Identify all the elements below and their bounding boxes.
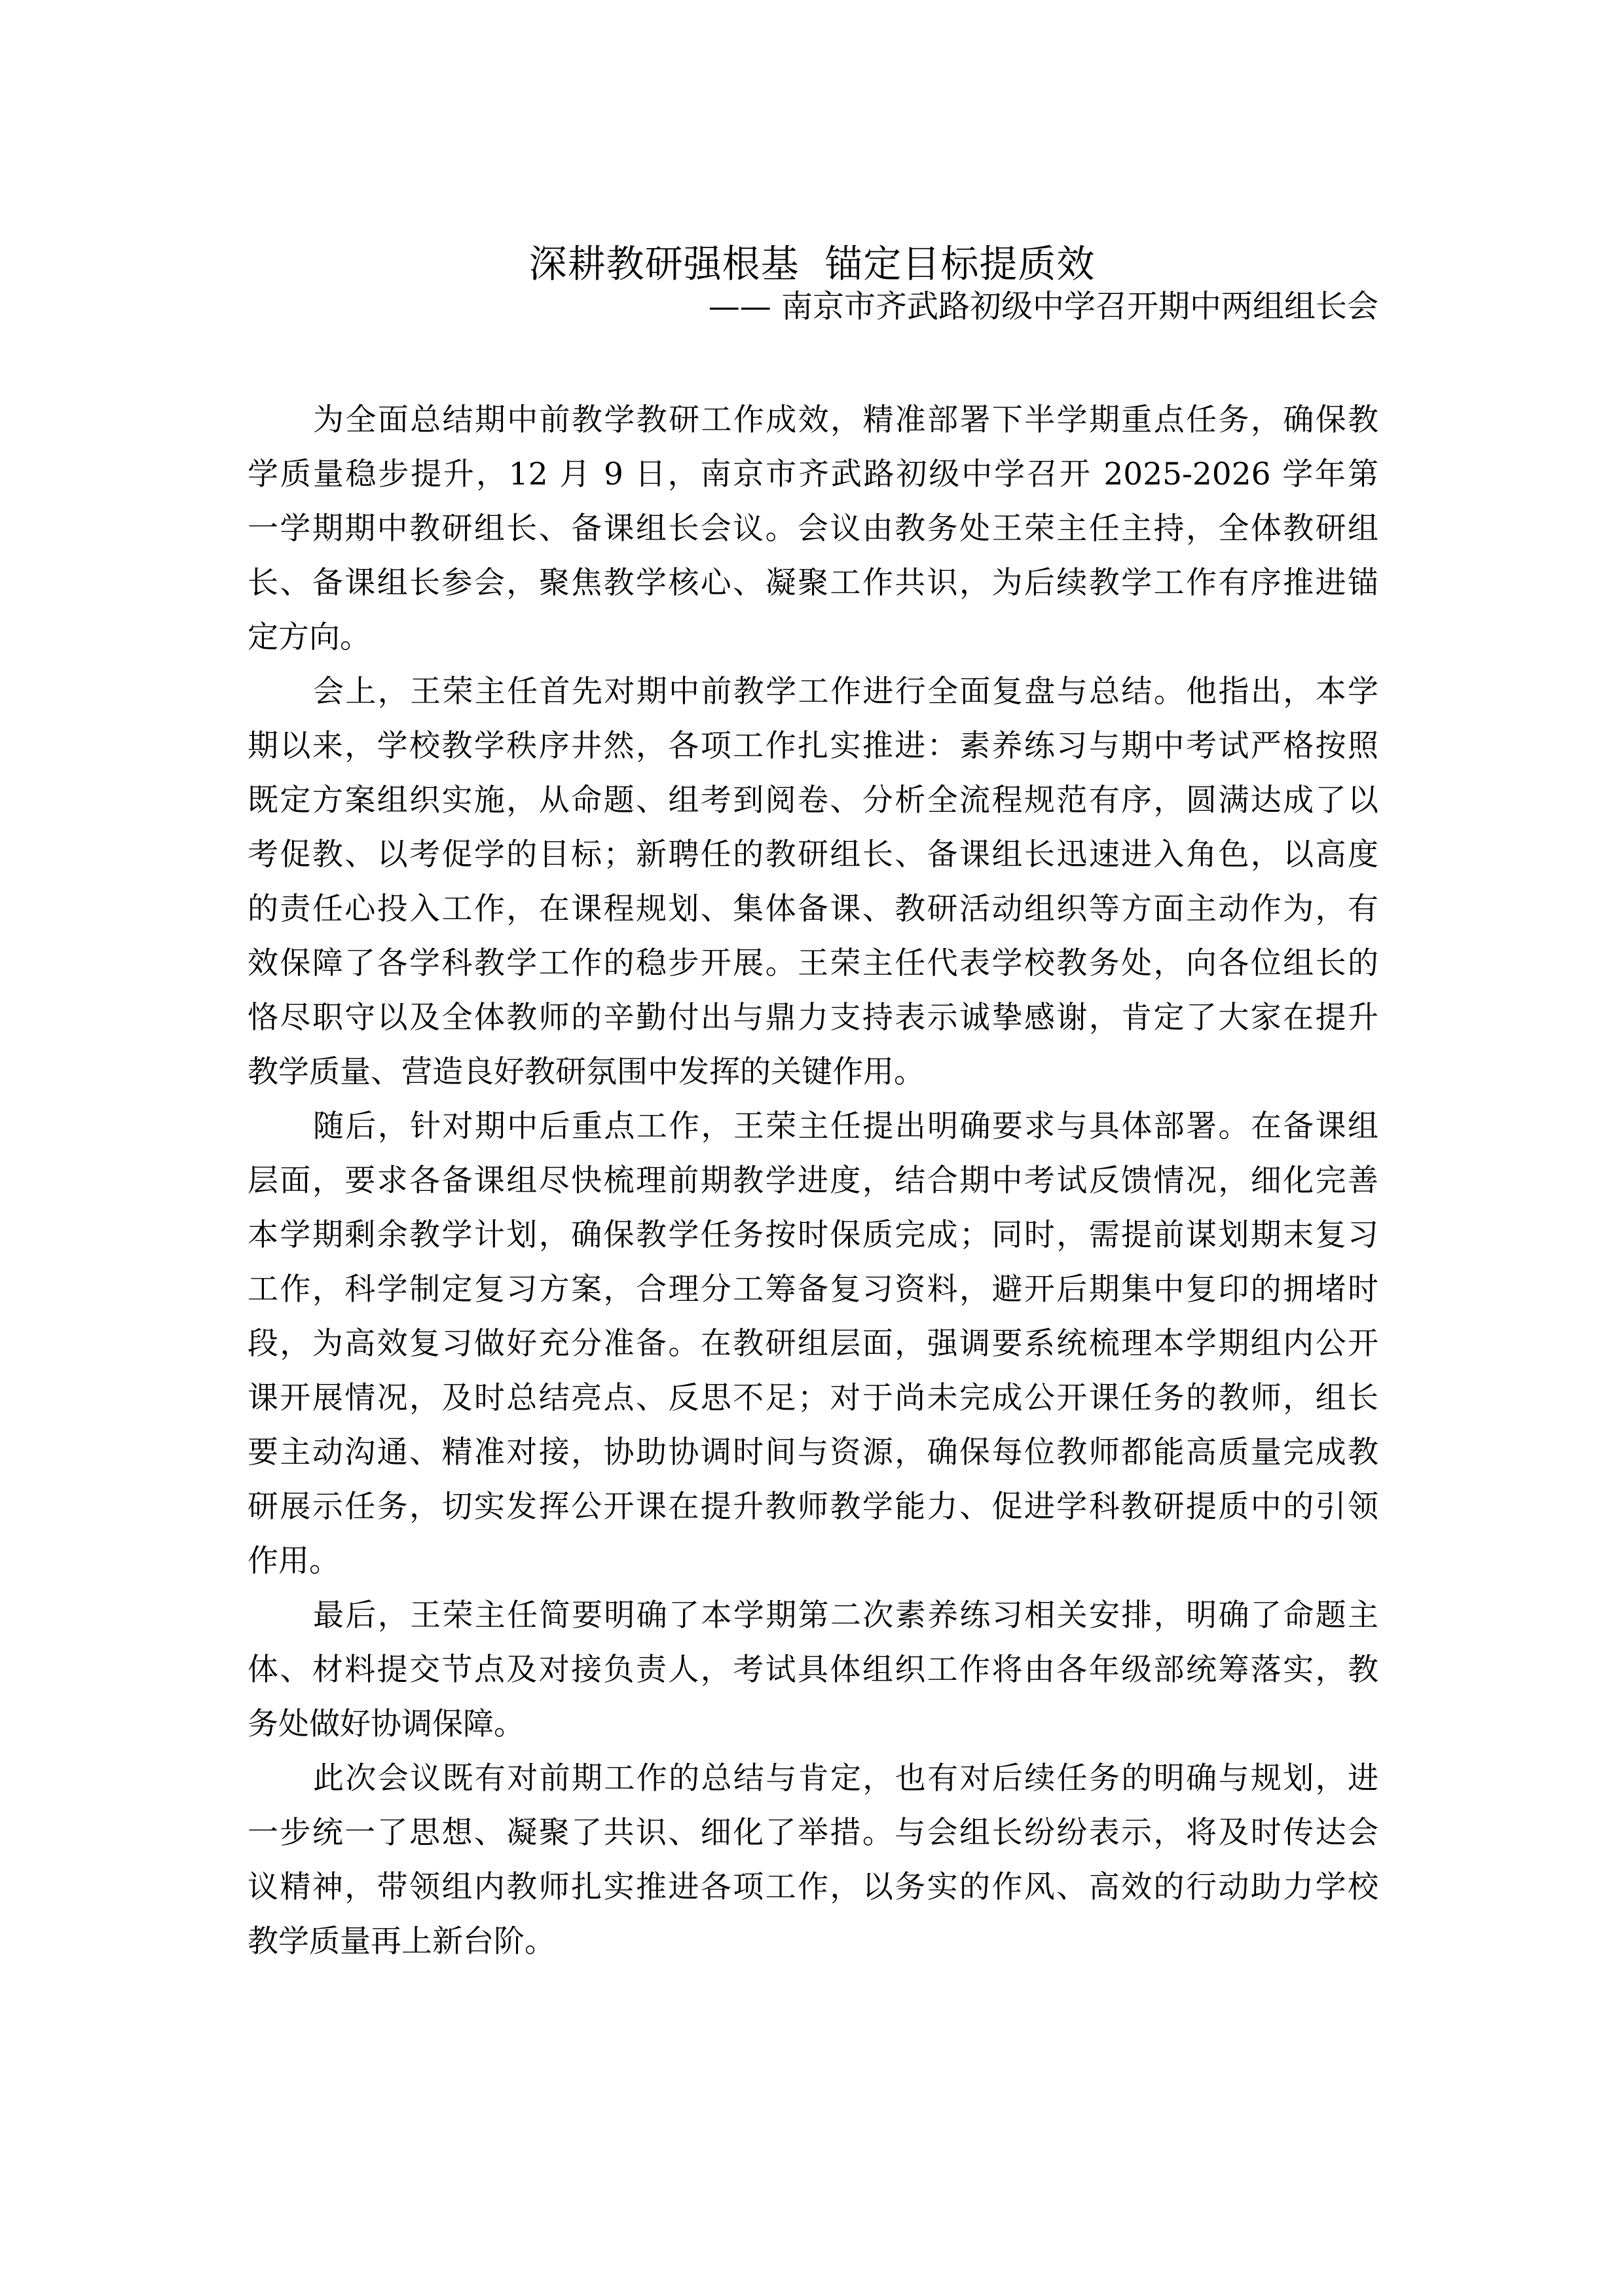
- paragraph-line: 务处做好协调保障。: [248, 1704, 1378, 1745]
- paragraph-line: 随后，针对期中后重点工作，王荣主任提出明确要求与具体部署。在备课组: [313, 1106, 1378, 1148]
- paragraph-line: 层面，要求各备课组尽快梳理前期教学进度，结合期中考试反馈情况，细化完善: [248, 1160, 1378, 1202]
- paragraph-line: 期以来，学校教学秩序井然，各项工作扎实推进：素养练习与期中考试严格按照: [248, 725, 1378, 767]
- paragraph-line: 一步统一了思想、凝聚了共识、细化了举措。与会组长纷纷表示，将及时传达会: [248, 1812, 1378, 1854]
- paragraph-line: 体、材料提交节点及对接负责人，考试具体组织工作将由各年级部统筹落实，教: [248, 1649, 1378, 1691]
- paragraph-line: 一学期期中教研组长、备课组长会议。会议由教务处王荣主任主持，全体教研组: [248, 508, 1378, 550]
- paragraph-line: 最后，王荣主任简要明确了本学期第二次素养练习相关安排，明确了命题主: [313, 1595, 1378, 1637]
- paragraph-line: 考促教、以考促学的目标；新聘任的教研组长、备课组长迅速进入角色，以高度: [248, 834, 1378, 876]
- document-subtitle: —— 南京市齐武路初级中学召开期中两组组长会: [709, 285, 1378, 327]
- paragraph-line: 学质量稳步提升，12 月 9 日，南京市齐武路初级中学召开 2025-2026 …: [248, 454, 1378, 496]
- paragraph-line: 既定方案组织实施，从命题、组考到阅卷、分析全流程规范有序，圆满达成了以: [248, 780, 1378, 822]
- paragraph-line: 本学期剩余教学计划，确保教学任务按时保质完成；同时，需提前谋划期末复习: [248, 1214, 1378, 1256]
- paragraph-line: 议精神，带领组内教师扎实推进各项工作，以务实的作风、高效的行动助力学校: [248, 1867, 1378, 1908]
- paragraph-line: 长、备课组长参会，聚焦教学核心、凝聚工作共识，为后续教学工作有序推进锚: [248, 562, 1378, 604]
- paragraph-line: 的责任心投入工作，在课程规划、集体备课、教研活动组织等方面主动作为，有: [248, 888, 1378, 930]
- paragraph-line: 效保障了各学科教学工作的稳步开展。王荣主任代表学校教务处，向各位组长的: [248, 943, 1378, 985]
- paragraph-line: 课开展情况，及时总结亮点、反思不足；对于尚未完成公开课任务的教师，组长: [248, 1377, 1378, 1419]
- document-title: 深耕教研强根基 锚定目标提质效: [0, 239, 1624, 289]
- paragraph-line: 定方向。: [248, 617, 1378, 659]
- paragraph-line: 会上，王荣主任首先对期中前教学工作进行全面复盘与总结。他指出，本学: [313, 671, 1378, 713]
- paragraph-line: 为全面总结期中前教学教研工作成效，精准部署下半学期重点任务，确保教: [313, 399, 1378, 441]
- paragraph-line: 恪尽职守以及全体教师的辛勤付出与鼎力支持表示诚挚感谢，肯定了大家在提升: [248, 997, 1378, 1039]
- paragraph-line: 研展示任务，切实发挥公开课在提升教师教学能力、促进学科教研提质中的引领: [248, 1486, 1378, 1528]
- paragraph-line: 教学质量、营造良好教研氛围中发挥的关键作用。: [248, 1051, 1378, 1093]
- paragraph-line: 此次会议既有对前期工作的总结与肯定，也有对后续任务的明确与规划，进: [313, 1758, 1378, 1800]
- paragraph-line: 要主动沟通、精准对接，协助协调时间与资源，确保每位教师都能高质量完成教: [248, 1432, 1378, 1474]
- paragraph-line: 段，为高效复习做好充分准备。在教研组层面，强调要系统梳理本学期组内公开: [248, 1323, 1378, 1365]
- document-page: 深耕教研强根基 锚定目标提质效 —— 南京市齐武路初级中学召开期中两组组长会 为…: [0, 0, 1624, 2296]
- paragraph-line: 教学质量再上新台阶。: [248, 1921, 1378, 1963]
- paragraph-line: 工作，科学制定复习方案，合理分工筹备复习资料，避开后期集中复印的拥堵时: [248, 1269, 1378, 1311]
- paragraph-line: 作用。: [248, 1540, 1378, 1582]
